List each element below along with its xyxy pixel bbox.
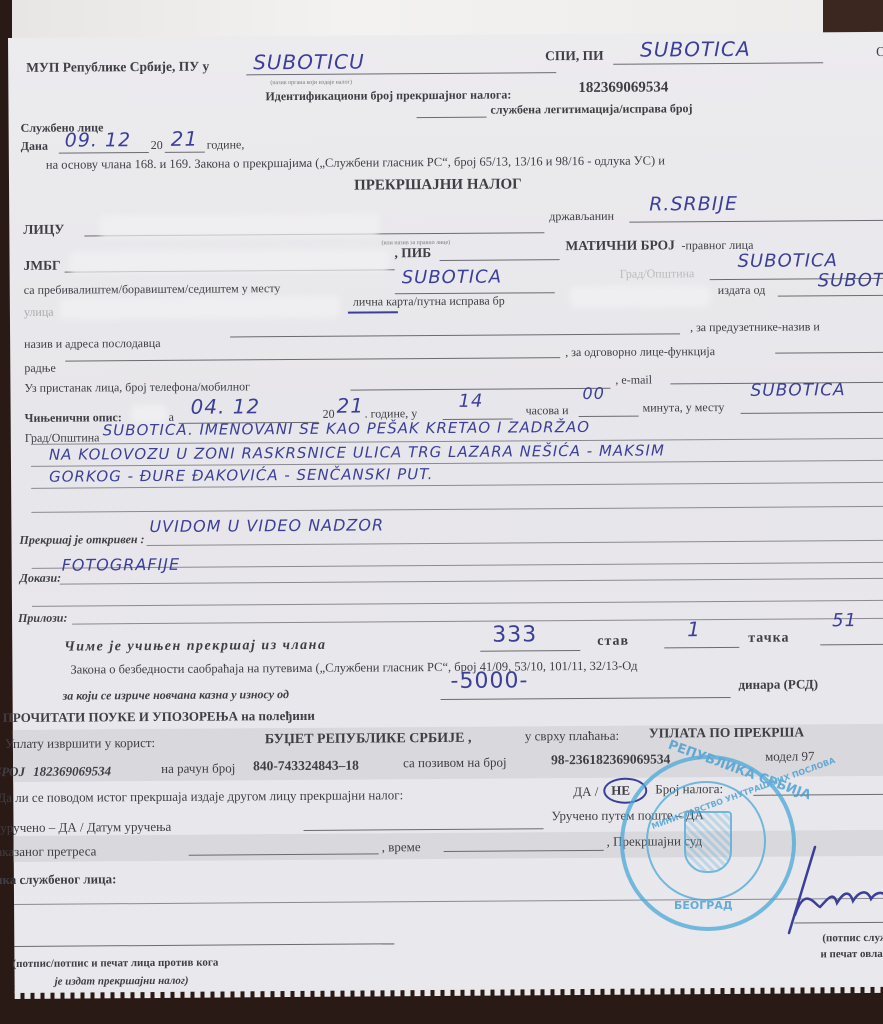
official-id-label: службена легитимација/исправа број [490,100,692,117]
ministry-label: МУП Републике Србије, ПУ у [26,59,209,76]
pay-to-value: БУЏЕТ РЕПУБЛИКЕ СРБИЈЕ , [265,731,472,748]
hour-value: 14 [458,391,483,412]
order-value: 182369069534 [33,763,111,780]
employer-label: назив и адреса послодавца [24,335,160,352]
yes-option: ДА / [573,784,598,800]
account-label: на рачун број [161,760,235,777]
shop-label: радње [24,360,56,376]
issued-value: SUBOTI [818,270,883,292]
reference-value: 98-236182369069534 [551,751,670,768]
signature-label: Потписника службеног лица: [0,871,117,888]
order-prefix: БРОЈ [0,764,25,780]
place-value: SUBOTICA [750,380,845,401]
redacted-name [99,213,379,237]
redacted-jmbg [69,249,389,273]
responsible-label: , за одговорно лице-функција [565,343,715,360]
person-label: ЛИЦУ [23,222,64,238]
stamp-bottom-text: БЕОГРАД [674,899,733,912]
residence-value: SUBOTICA [402,267,502,289]
purpose-label: у сврху плаћања: [525,728,619,745]
evidence-label: Докази: [20,570,61,586]
redacted-street [60,296,340,320]
description-line-1: SUBOTICA. IMENOVANI SE KAO PEŠAK KRETAO … [103,418,590,439]
other-person-label: Да ли се поводом истог прекршаја издаје … [0,787,403,806]
offense-date-value: 04. 12 [190,394,260,418]
paragraph-value: 1 [687,617,701,641]
issue-year-value: 21 [171,127,199,151]
currency-label: динара (РСД) [738,676,818,693]
email-label: , e-mail [615,372,652,388]
description-line-3: GORKOG - ĐURE ĐAKOVIĆA - SENČANSKI PUT. [49,465,433,486]
person-signature-line-2: је издат прекршајни налог) [55,973,189,990]
account-value: 840-743324843–18 [253,758,359,775]
official-stamp: РЕПУБЛИКА СРБИЈА МИНИСТАРСТВО УНУТРАШЊИХ… [620,755,796,931]
minute-value: 00 [582,384,604,403]
traffic-law-text: Закона о безбедности саобраћаја на путев… [70,658,637,678]
person-signature-line-1: (потпис/потпис и печат лица против кога [12,955,218,972]
offense-year-value: 21 [336,394,364,418]
pib-label: , ПИБ [394,245,431,261]
jmbg-label: ЈМБГ [24,258,61,274]
violation-label: Чиме је учињен прекршај из члана [64,638,326,656]
idcard-label: лична карта/путна исправа бр [353,293,505,310]
year-suffix: године, [207,136,245,152]
discovered-label: Прекршај је откривен : [19,531,144,548]
id-label: Идентификациони број прекршајног налога: [265,86,511,104]
date-label: Дана [21,138,48,154]
entrepreneur-label: , за предузетнике-назив и [690,318,820,335]
minute-label: минута, у месту [643,399,725,416]
phone-label: Уз пристанак лица, број телефона/мобилно… [24,378,250,396]
fine-value: -5000- [450,668,528,694]
residence-label: са пребивалиштем/боравиштем/седиштем у м… [24,280,281,298]
spi-label: СПИ, ПИ [545,48,604,64]
pay-to-label: Уплату извршити у корист: [5,735,155,752]
evidence-value: FOTOGRAFIJE [62,555,181,575]
coat-of-arms-icon [684,811,732,873]
point-value: 51 [832,610,857,631]
spi-value: SUBOTICA [640,37,751,62]
time-label: , време [382,839,421,855]
issued-label: издата од [718,282,766,298]
warning-text: ПРОЧИТАТИ ПОУКЕ И УПОЗОРЕЊА на полеђини [3,708,315,726]
official-signature-scribble [775,845,883,935]
discovered-value: UVIDOM U VIDEO NADZOR [149,515,384,536]
background-corner [823,0,883,35]
hour-label: часова и [526,402,569,418]
description-line-2: NA KOLOVOZU U ZONI RASKRSNICE ULICA TRG … [49,441,665,463]
form-title: ПРЕКРШАЈНИ НАЛОГ [354,176,522,193]
official-signature-line-2: и печат овлашћеног [820,946,883,963]
city-value: SUBOTICA [738,250,838,272]
corner-text: О [876,44,883,60]
reference-label: са позивом на број [403,755,507,772]
city-label: Град/Општина [620,265,695,282]
model-label: модел 97 [765,748,815,764]
article-value: 333 [492,622,537,647]
citizenship-value: R.SRBIJE [649,193,738,216]
point-label: тачка [748,631,789,647]
year-prefix: 20 [151,137,163,153]
mb-label: МАТИЧНИ БРОЈ [565,237,675,254]
search-label: Датум заказаног претреса [0,843,96,860]
id-value: 182369069534 [578,79,668,96]
law-basis: на основу члана 168. и 169. Закона о пре… [46,152,665,172]
pu-value: SUBOTICU [253,50,365,75]
fine-label: за који се изриче новчана казна у износу… [63,686,289,704]
street-label: улица [24,304,54,320]
paragraph-label: став [597,634,629,650]
delivered-label: Налог уручено – ДА / Датум уручења [0,819,171,836]
citizenship-label: држављанин [549,208,614,224]
issue-date-value: 09. 12 [65,129,132,151]
redacted-idcard [570,285,710,308]
attachments-label: Прилози: [18,610,67,626]
